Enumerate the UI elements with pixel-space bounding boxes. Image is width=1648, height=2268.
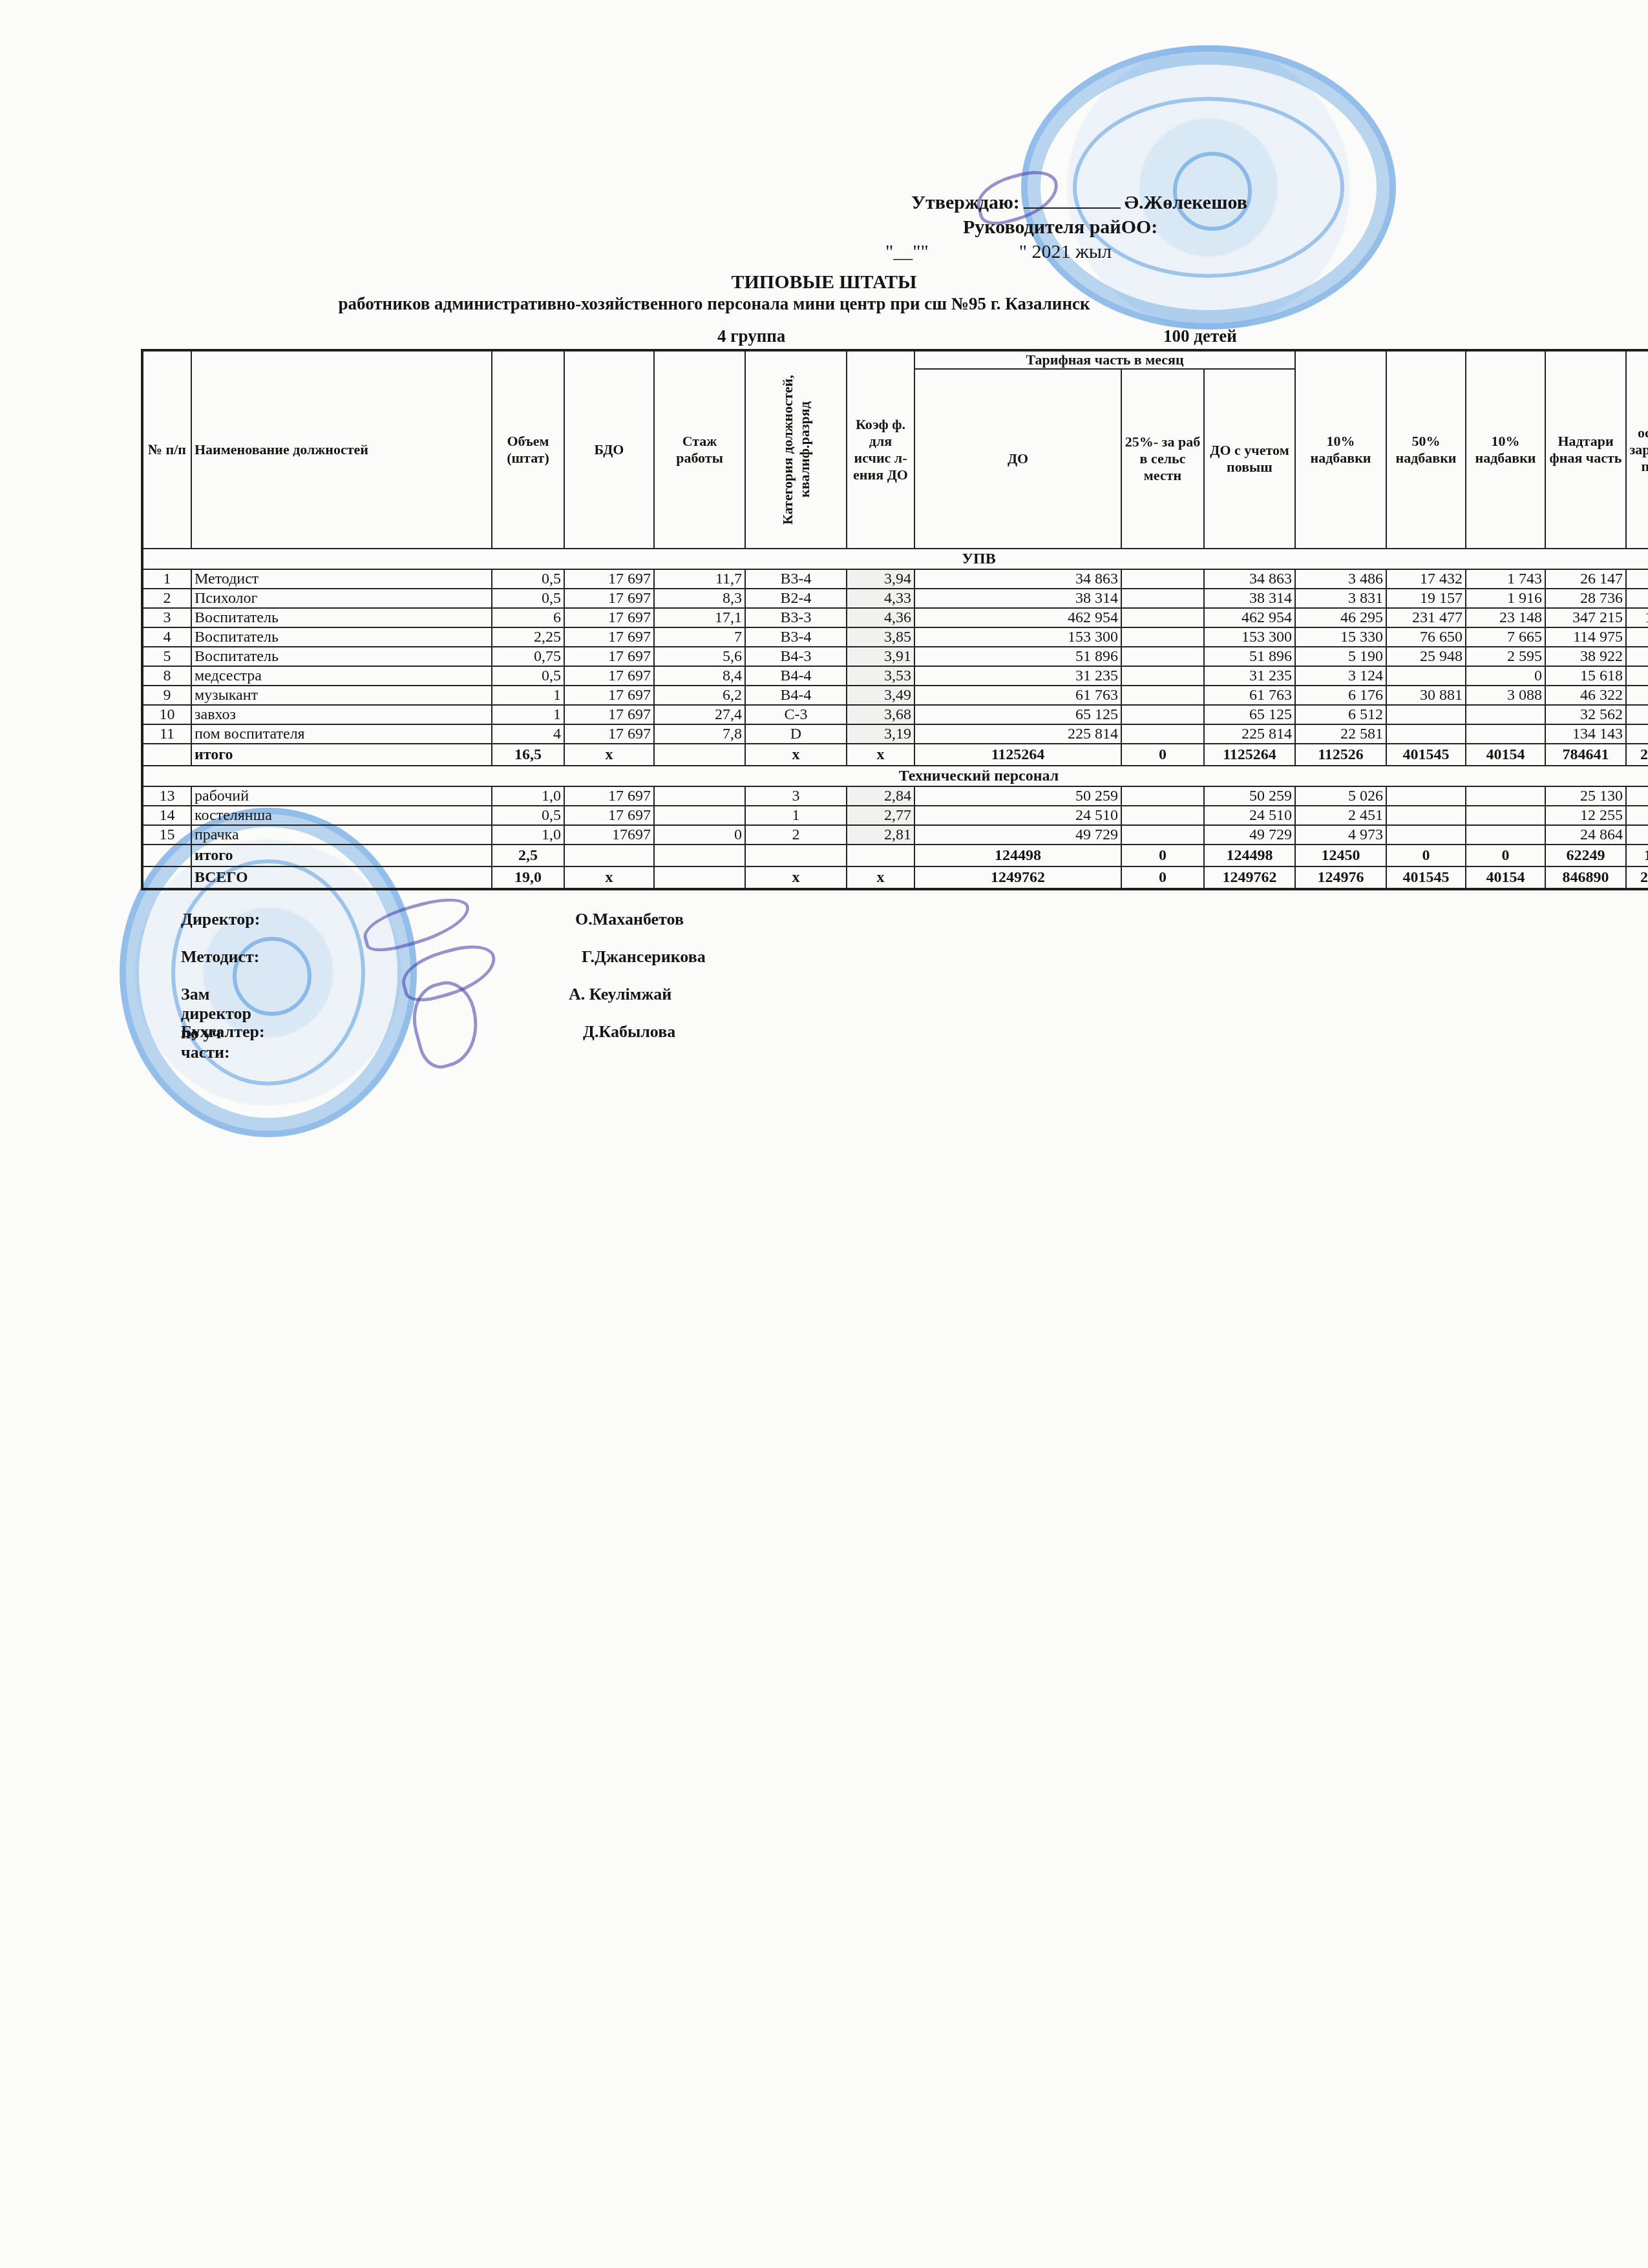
cell-do: 65 125 [914, 705, 1121, 724]
cell-name: итого [191, 744, 492, 766]
group-label: 4 группа [717, 326, 785, 346]
signatory-name: А. Кеулімжай [569, 985, 671, 1004]
section-total-row: итого2,512449801244981245000622491991972… [142, 845, 1648, 866]
header-category-text: Категория должностей, квалиф.разряд [779, 352, 813, 548]
cell-vol: 16,5 [492, 744, 564, 766]
table-row: 14костелянша0,517 69712,7724 51024 5102 … [142, 806, 1648, 825]
header-coef: Коэф ф. для исчис л- ения ДО [847, 350, 914, 549]
cell-n: 9 [142, 686, 191, 705]
cell-r25 [1121, 686, 1204, 705]
cell-bdo: 17 697 [564, 627, 654, 647]
staff-table-body: УПВ1Методист0,517 69711,7В3-43,9434 8633… [142, 549, 1648, 889]
cell-cat: В4-3 [745, 647, 847, 666]
cell-a10: 5 190 [1295, 647, 1386, 666]
cell-n: 5 [142, 647, 191, 666]
cell-cat: В3-3 [745, 608, 847, 627]
cell-cat: В3-4 [745, 627, 847, 647]
table-row: 4Воспитатель2,2517 6977В3-43,85153 30015… [142, 627, 1648, 647]
cell-name: медсестра [191, 666, 492, 686]
cell-vol: 0,5 [492, 589, 564, 608]
cell-n: 4 [142, 627, 191, 647]
cell-b10: 40154 [1466, 744, 1545, 766]
cell-name: Воспитатель [191, 627, 492, 647]
cell-b10: 7 665 [1466, 627, 1545, 647]
cell-tm: 2663328 [1626, 866, 1648, 889]
cell-name: пом воспитателя [191, 724, 492, 744]
cell-name: рабочий [191, 786, 492, 806]
cell-n: 2 [142, 589, 191, 608]
cell-name: костелянша [191, 806, 492, 825]
cell-n: 13 [142, 786, 191, 806]
cell-doi: 61 763 [1204, 686, 1295, 705]
cell-name: Воспитатель [191, 647, 492, 666]
cell-stazh: 0 [654, 825, 745, 845]
cell-nt: 12 255 [1545, 806, 1626, 825]
cell-vol: 0,5 [492, 666, 564, 686]
cell-b10 [1466, 705, 1545, 724]
cell-a50: 401545 [1386, 866, 1466, 889]
cell-cat: 2 [745, 825, 847, 845]
cell-a50: 231 477 [1386, 608, 1466, 627]
cell-bdo: 17 697 [564, 705, 654, 724]
cell-n [142, 866, 191, 889]
cell-a10: 3 831 [1295, 589, 1386, 608]
cell-nt: 32 562 [1545, 705, 1626, 724]
cell-nt: 15 618 [1545, 666, 1626, 686]
cell-tm: 91 954 [1626, 589, 1648, 608]
cell-do: 49 729 [914, 825, 1121, 845]
table-row: 15прачка1,017697022,8149 72949 7294 9732… [142, 825, 1648, 845]
cell-a10: 46 295 [1295, 608, 1386, 627]
cell-tm: 2464130 [1626, 744, 1648, 766]
cell-bdo: 17 697 [564, 589, 654, 608]
cell-a10: 15 330 [1295, 627, 1386, 647]
cell-stazh [654, 806, 745, 825]
cell-a50: 0 [1386, 845, 1466, 866]
cell-name: прачка [191, 825, 492, 845]
table-row: 8медсестра0,517 6978,4В4-43,5331 23531 2… [142, 666, 1648, 686]
cell-a50 [1386, 806, 1466, 825]
cell-nt: 25 130 [1545, 786, 1626, 806]
cell-tm: 80 415 [1626, 786, 1648, 806]
cell-b10: 0 [1466, 666, 1545, 686]
cell-stazh [654, 866, 745, 889]
cell-tm: 199197 [1626, 845, 1648, 866]
cell-b10 [1466, 825, 1545, 845]
cell-coef: 3,68 [847, 705, 914, 724]
section-title: Технический персонал [142, 766, 1648, 786]
cell-bdo: 17 697 [564, 724, 654, 744]
cell-stazh [654, 786, 745, 806]
cell-bdo: х [564, 866, 654, 889]
cell-vol: 0,75 [492, 647, 564, 666]
signatory-name: Д.Кабылова [583, 1022, 675, 1042]
section-title: УПВ [142, 549, 1648, 569]
cell-coef [847, 845, 914, 866]
cell-vol: 1 [492, 705, 564, 724]
cell-cat [745, 845, 847, 866]
cell-doi: 34 863 [1204, 569, 1295, 589]
cell-n [142, 744, 191, 766]
staff-table: № п/п Наименование должностей Объем (шта… [141, 349, 1648, 890]
cell-doi: 1249762 [1204, 866, 1295, 889]
cell-vol: 1 [492, 686, 564, 705]
table-row: 2Психолог0,517 6978,3В2-44,3338 31438 31… [142, 589, 1648, 608]
cell-do: 462 954 [914, 608, 1121, 627]
cell-doi: 462 954 [1204, 608, 1295, 627]
cell-vol: 19,0 [492, 866, 564, 889]
cell-nt: 62249 [1545, 845, 1626, 866]
cell-coef: 3,53 [847, 666, 914, 686]
table-row: 3Воспитатель617 69717,1В3-34,36462 95446… [142, 608, 1648, 627]
cell-cat: С-3 [745, 705, 847, 724]
cell-bdo: 17 697 [564, 806, 654, 825]
cell-tm: 49 976 [1626, 666, 1648, 686]
cell-do: 38 314 [914, 589, 1121, 608]
section-header: Технический персонал [142, 766, 1648, 786]
header-add10b: 10% надбавки [1466, 350, 1545, 549]
cell-doi: 24 510 [1204, 806, 1295, 825]
cell-a50: 30 881 [1386, 686, 1466, 705]
cell-vol: 2,25 [492, 627, 564, 647]
signatory-role: Методист: [181, 947, 260, 967]
cell-nt: 846890 [1545, 866, 1626, 889]
table-row: 1Методист0,517 69711,7В3-43,9434 86334 8… [142, 569, 1648, 589]
approver-name: Ә.Жөлекешов [1125, 191, 1247, 215]
section-total-row: итого16,5ххх1125264011252641125264015454… [142, 744, 1648, 766]
signatory-role: Бухгалтер: [181, 1022, 265, 1042]
cell-r25 [1121, 806, 1204, 825]
cell-do: 124498 [914, 845, 1121, 866]
cell-tm: 1 111 088 [1626, 608, 1648, 627]
cell-cat: В3-4 [745, 569, 847, 589]
cell-a10: 2 451 [1295, 806, 1386, 825]
signature-line [1024, 191, 1121, 209]
cell-cat: х [745, 744, 847, 766]
cell-b10: 3 088 [1466, 686, 1545, 705]
cell-vol: 0,5 [492, 569, 564, 589]
cell-vol: 4 [492, 724, 564, 744]
cell-r25 [1121, 589, 1204, 608]
cell-bdo: 17 697 [564, 569, 654, 589]
cell-stazh: 17,1 [654, 608, 745, 627]
cell-a50: 19 157 [1386, 589, 1466, 608]
table-row: 11пом воспитателя417 6977,8D3,19225 8142… [142, 724, 1648, 744]
cell-doi: 124498 [1204, 845, 1295, 866]
cell-b10: 0 [1466, 845, 1545, 866]
cell-n: 11 [142, 724, 191, 744]
cell-nt: 784641 [1545, 744, 1626, 766]
cell-tm: 83 671 [1626, 569, 1648, 589]
cell-n [142, 845, 191, 866]
cell-stazh: 8,4 [654, 666, 745, 686]
cell-do: 1125264 [914, 744, 1121, 766]
cell-stazh: 7,8 [654, 724, 745, 744]
approval-date-day: "__"" [885, 240, 929, 264]
cell-b10 [1466, 806, 1545, 825]
cell-vol: 1,0 [492, 786, 564, 806]
cell-bdo: 17 697 [564, 647, 654, 666]
cell-do: 61 763 [914, 686, 1121, 705]
cell-cat: В2-4 [745, 589, 847, 608]
cell-name: ВСЕГО [191, 866, 492, 889]
cell-bdo: х [564, 744, 654, 766]
cell-n: 15 [142, 825, 191, 845]
cell-doi: 49 729 [1204, 825, 1295, 845]
cell-doi: 38 314 [1204, 589, 1295, 608]
cell-b10: 1 916 [1466, 589, 1545, 608]
children-count: 100 детей [1163, 326, 1237, 346]
cell-tm: 382 538 [1626, 724, 1648, 744]
cell-stazh [654, 744, 745, 766]
cell-a10: 22 581 [1295, 724, 1386, 744]
cell-tm: 79 566 [1626, 825, 1648, 845]
cell-tm: 104 200 [1626, 705, 1648, 724]
header-bdo: БДО [564, 350, 654, 549]
cell-name: Методист [191, 569, 492, 589]
cell-b10 [1466, 724, 1545, 744]
cell-doi: 225 814 [1204, 724, 1295, 744]
cell-coef: 4,36 [847, 608, 914, 627]
cell-a50 [1386, 666, 1466, 686]
cell-r25 [1121, 666, 1204, 686]
approval-date-year: " 2021 жыл [1019, 240, 1112, 264]
cell-stazh: 8,3 [654, 589, 745, 608]
cell-b10: 1 743 [1466, 569, 1545, 589]
header-name: Наименование должностей [191, 350, 492, 549]
cell-doi: 153 300 [1204, 627, 1295, 647]
cell-a10: 6 512 [1295, 705, 1386, 724]
table-row: 9музыкант117 6976,2В4-43,4961 76361 7636… [142, 686, 1648, 705]
cell-a10: 112526 [1295, 744, 1386, 766]
cell-do: 50 259 [914, 786, 1121, 806]
cell-r25: 0 [1121, 866, 1204, 889]
cell-r25 [1121, 825, 1204, 845]
cell-nt: 24 864 [1545, 825, 1626, 845]
cell-stazh: 7 [654, 627, 745, 647]
cell-do: 31 235 [914, 666, 1121, 686]
cell-tm: 148 230 [1626, 686, 1648, 705]
cell-coef: 3,85 [847, 627, 914, 647]
approval-block: Утверждаю: Ә.Жөлекешов Руководителя райО… [911, 191, 1247, 264]
cell-a50: 17 432 [1386, 569, 1466, 589]
cell-coef: х [847, 866, 914, 889]
header-nadtarif: Надтари фная часть [1545, 350, 1626, 549]
cell-nt: 26 147 [1545, 569, 1626, 589]
approve-label: Утверждаю: [911, 191, 1020, 215]
cell-r25 [1121, 608, 1204, 627]
cell-nt: 114 975 [1545, 627, 1626, 647]
cell-a10: 3 124 [1295, 666, 1386, 686]
cell-tm: 39 217 [1626, 806, 1648, 825]
cell-do: 1249762 [914, 866, 1121, 889]
cell-doi: 65 125 [1204, 705, 1295, 724]
section-header: УПВ [142, 549, 1648, 569]
cell-do: 225 814 [914, 724, 1121, 744]
cell-r25 [1121, 786, 1204, 806]
document-subtitle: работников административно-хозяйственног… [0, 294, 1538, 314]
cell-tm: 124 551 [1626, 647, 1648, 666]
cell-stazh: 11,7 [654, 569, 745, 589]
cell-doi: 31 235 [1204, 666, 1295, 686]
header-total-month: Итого основной заработно й платы в месяц [1626, 350, 1648, 549]
cell-name: Психолог [191, 589, 492, 608]
cell-coef: 3,94 [847, 569, 914, 589]
cell-coef: 2,81 [847, 825, 914, 845]
header-volume: Объем (штат) [492, 350, 564, 549]
cell-a10: 12450 [1295, 845, 1386, 866]
cell-bdo [564, 845, 654, 866]
cell-b10 [1466, 786, 1545, 806]
cell-coef: 4,33 [847, 589, 914, 608]
header-add50: 50% надбавки [1386, 350, 1466, 549]
header-rural25: 25%- за раб в сельс местн [1121, 369, 1204, 549]
cell-a50 [1386, 705, 1466, 724]
cell-nt: 28 736 [1545, 589, 1626, 608]
cell-bdo: 17 697 [564, 786, 654, 806]
cell-bdo: 17 697 [564, 686, 654, 705]
table-row: 5Воспитатель0,7517 6975,6В4-33,9151 8965… [142, 647, 1648, 666]
cell-cat: В4-4 [745, 666, 847, 686]
cell-a50: 25 948 [1386, 647, 1466, 666]
cell-a50 [1386, 786, 1466, 806]
cell-bdo: 17 697 [564, 666, 654, 686]
cell-coef: 3,49 [847, 686, 914, 705]
cell-coef: 3,19 [847, 724, 914, 744]
header-num: № п/п [142, 350, 191, 549]
cell-a50: 401545 [1386, 744, 1466, 766]
cell-cat: В4-4 [745, 686, 847, 705]
cell-r25 [1121, 705, 1204, 724]
cell-a10: 6 176 [1295, 686, 1386, 705]
cell-r25 [1121, 627, 1204, 647]
cell-cat: 3 [745, 786, 847, 806]
cell-coef: 2,77 [847, 806, 914, 825]
signatory-name: О.Маханбетов [575, 910, 684, 929]
header-add10a: 10% надбавки [1295, 350, 1386, 549]
cell-name: Воспитатель [191, 608, 492, 627]
cell-r25 [1121, 569, 1204, 589]
cell-bdo: 17697 [564, 825, 654, 845]
cell-nt: 46 322 [1545, 686, 1626, 705]
cell-name: музыкант [191, 686, 492, 705]
approver-title: Руководителя райОО: [911, 215, 1247, 240]
cell-cat: D [745, 724, 847, 744]
signatory-role: Директор: [181, 910, 260, 929]
document-title: ТИПОВЫЕ ШТАТЫ [0, 271, 1648, 293]
cell-name: завхоз [191, 705, 492, 724]
cell-coef: 3,91 [847, 647, 914, 666]
cell-n: 8 [142, 666, 191, 686]
cell-nt: 38 922 [1545, 647, 1626, 666]
cell-name: итого [191, 845, 492, 866]
cell-nt: 134 143 [1545, 724, 1626, 744]
cell-b10: 23 148 [1466, 608, 1545, 627]
cell-doi: 50 259 [1204, 786, 1295, 806]
cell-n: 10 [142, 705, 191, 724]
header-stazh: Стаж работы [654, 350, 745, 549]
header-category: Категория должностей, квалиф.разряд [745, 350, 847, 549]
cell-cat: 1 [745, 806, 847, 825]
cell-stazh: 5,6 [654, 647, 745, 666]
cell-vol: 2,5 [492, 845, 564, 866]
cell-b10: 40154 [1466, 866, 1545, 889]
cell-r25: 0 [1121, 845, 1204, 866]
cell-doi: 51 896 [1204, 647, 1295, 666]
cell-n: 1 [142, 569, 191, 589]
cell-a10: 4 973 [1295, 825, 1386, 845]
cell-vol: 0,5 [492, 806, 564, 825]
signatory-name: Г.Джансерикова [582, 947, 706, 967]
cell-cat: х [745, 866, 847, 889]
table-row: 13рабочий1,017 69732,8450 25950 2595 026… [142, 786, 1648, 806]
grand-total-row: ВСЕГО19,0ххх1249762012497621249764015454… [142, 866, 1648, 889]
cell-nt: 347 215 [1545, 608, 1626, 627]
cell-stazh: 6,2 [654, 686, 745, 705]
header-do: ДО [914, 369, 1121, 549]
cell-r25 [1121, 724, 1204, 744]
cell-doi: 1125264 [1204, 744, 1295, 766]
cell-n: 14 [142, 806, 191, 825]
cell-do: 51 896 [914, 647, 1121, 666]
header-do-incr: ДО с учетом повыш [1204, 369, 1295, 549]
cell-do: 153 300 [914, 627, 1121, 647]
cell-a50: 76 650 [1386, 627, 1466, 647]
cell-tm: 367 921 [1626, 627, 1648, 647]
cell-coef: 2,84 [847, 786, 914, 806]
cell-do: 24 510 [914, 806, 1121, 825]
cell-coef: х [847, 744, 914, 766]
cell-b10: 2 595 [1466, 647, 1545, 666]
cell-do: 34 863 [914, 569, 1121, 589]
cell-bdo: 17 697 [564, 608, 654, 627]
cell-a10: 3 486 [1295, 569, 1386, 589]
cell-vol: 1,0 [492, 825, 564, 845]
cell-a50 [1386, 724, 1466, 744]
cell-stazh [654, 845, 745, 866]
header-tariff-group: Тарифная часть в месяц [914, 350, 1295, 369]
cell-r25 [1121, 647, 1204, 666]
cell-a10: 5 026 [1295, 786, 1386, 806]
cell-a10: 124976 [1295, 866, 1386, 889]
cell-r25: 0 [1121, 744, 1204, 766]
table-row: 10завхоз117 69727,4С-33,6865 12565 1256 … [142, 705, 1648, 724]
cell-stazh: 27,4 [654, 705, 745, 724]
cell-vol: 6 [492, 608, 564, 627]
cell-a50 [1386, 825, 1466, 845]
cell-n: 3 [142, 608, 191, 627]
